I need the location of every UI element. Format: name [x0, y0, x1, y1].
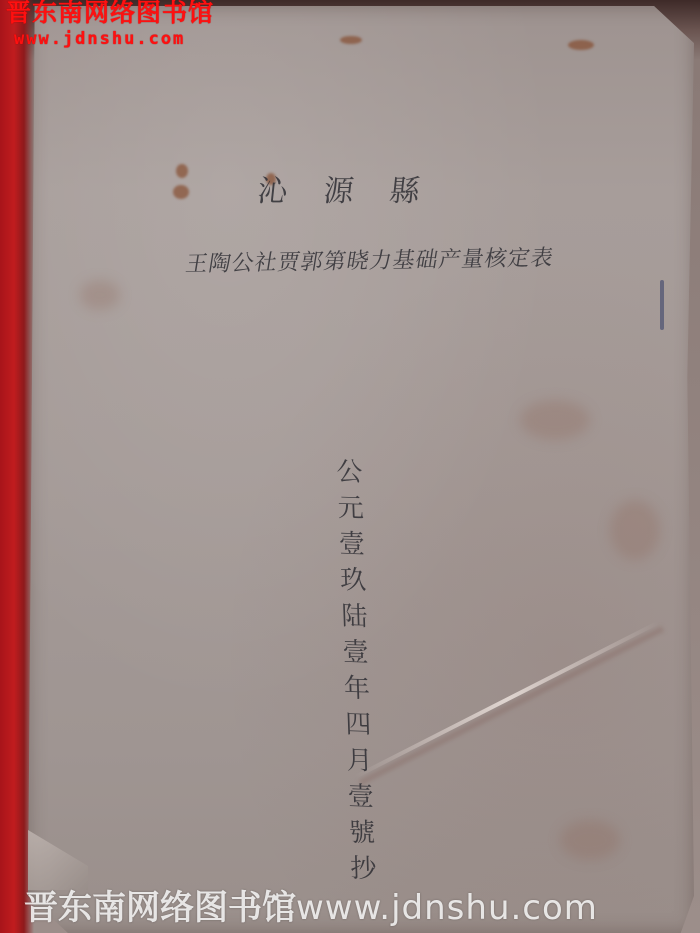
watermark-bottom-url: www.jdnshu.com	[296, 888, 598, 928]
watermark-top-name: 晋东南网络图书馆	[6, 0, 214, 25]
water-stain	[80, 280, 120, 310]
watermark-top: 晋东南网络图书馆 www.jdnshu.com	[6, 0, 214, 48]
rust-stain	[173, 185, 189, 199]
water-stain	[560, 820, 620, 860]
water-stain	[520, 400, 590, 440]
rust-stain	[176, 164, 188, 178]
pen-mark	[660, 280, 664, 330]
document-title: 沁源縣	[256, 166, 459, 210]
water-stain	[610, 500, 660, 560]
watermark-top-url: www.jdnshu.com	[14, 31, 214, 48]
watermark-bottom-name: 晋东南网络图书馆	[24, 888, 296, 928]
document-subtitle: 王陶公社贾郭第晓力基础产量核定表	[184, 241, 557, 279]
watermark-bottom: 晋东南网络图书馆www.jdnshu.com	[24, 891, 598, 925]
rust-stain	[340, 36, 362, 44]
rust-stain	[568, 40, 594, 50]
